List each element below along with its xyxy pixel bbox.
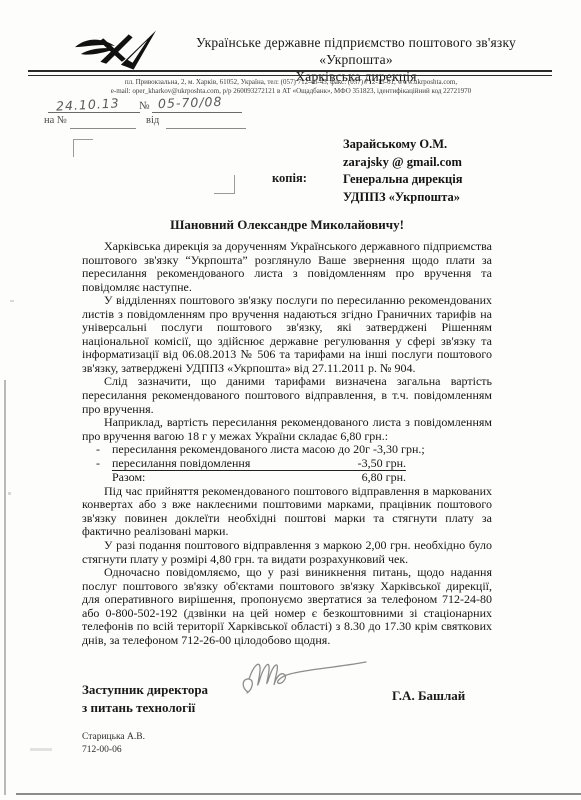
copy-recipient-line1: Генеральна дирекція — [343, 171, 462, 189]
list-dash: - — [96, 457, 112, 472]
tariff-item-1: - пересилання рекомендованого листа масо… — [82, 443, 492, 457]
ref-number-underline — [152, 111, 242, 113]
letterhead-divider — [28, 70, 552, 76]
list-dash: - — [96, 443, 112, 457]
handwritten-signature-icon — [238, 652, 370, 704]
executor-name: Старицька А.В. — [82, 731, 145, 744]
org-name-line1: Українське державне підприємство поштово… — [160, 34, 552, 68]
number-sign: № — [139, 100, 150, 112]
tariff-total: Разом: 6,80 грн. — [112, 471, 406, 485]
scan-speck — [8, 492, 11, 495]
tariff-item-2-label: пересилання повідомлення — [112, 457, 250, 471]
signer-title: Заступник директора з питань технології — [82, 681, 208, 716]
paragraph-5: Під час прийняття рекомендованого поштов… — [82, 485, 492, 539]
recipient-name: Зарайському О.М. — [343, 136, 462, 154]
signer-name: Г.А. Башлай — [392, 688, 465, 704]
date-underline — [48, 111, 140, 113]
letter-body: Харківська дирекція за дорученням Україн… — [82, 240, 492, 647]
paragraph-7: Одночасно повідомляємо, що у разі виникн… — [82, 566, 492, 647]
paragraph-6: У разі подання поштового відправлення з … — [82, 539, 492, 566]
paragraph-2: У відділеннях поштового зв'язку послуги … — [82, 294, 492, 375]
scan-speck — [30, 748, 52, 751]
reply-date-blank — [166, 127, 246, 129]
scan-edge-left — [4, 380, 6, 795]
tariff-item-2: - пересилання повідомлення -3,50 грн. — [82, 457, 492, 472]
corner-mark-bottom-right — [214, 175, 235, 194]
recipient-email: zarajsky @ gmail.com — [343, 154, 462, 172]
reply-from-label: від — [146, 115, 159, 126]
paragraph-3: Слід зазначити, що даними тарифами визна… — [82, 375, 492, 416]
org-address-line1: пл. Привокзальна, 2, м. Харків, 61052, У… — [38, 78, 544, 87]
signer-title-line2: з питань технології — [82, 699, 208, 717]
copy-recipient-line2: УДППЗ «Укрпошта» — [343, 189, 462, 207]
copy-label: копія: — [272, 171, 307, 186]
paragraph-4: Наприклад, вартість пересилання рекоменд… — [82, 416, 492, 443]
ukrposhta-bird-logo-icon — [74, 29, 158, 75]
scan-speck — [10, 300, 14, 302]
handwritten-ref-number: 05-70/08 — [158, 94, 223, 111]
tariff-item-2-value: -3,50 грн. — [358, 457, 406, 471]
salutation: Шановний Олександре Миколайовичу! — [82, 217, 492, 233]
scanned-letter-page: Українське державне підприємство поштово… — [0, 0, 581, 800]
org-address-line2: e-mail: oper_kharkov@ukrposhta.com, р/р … — [38, 87, 544, 96]
recipient-block: Зарайському О.М. zarajsky @ gmail.com Ге… — [343, 136, 462, 206]
paragraph-1: Харківська дирекція за дорученням Україн… — [82, 240, 492, 294]
tariff-total-label: Разом: — [112, 471, 145, 485]
tariff-item-2-underlined: пересилання повідомлення -3,50 грн. — [112, 457, 406, 472]
executor-phone: 712-00-06 — [82, 744, 145, 757]
tariff-item-1-text: пересилання рекомендованого листа масою … — [112, 443, 425, 457]
reply-to-number-label: на № — [44, 115, 67, 126]
executor-block: Старицька А.В. 712-00-06 — [82, 731, 145, 756]
corner-mark-top-left — [73, 139, 93, 157]
scan-edge-bottom — [16, 793, 581, 795]
org-address: пл. Привокзальна, 2, м. Харків, 61052, У… — [38, 78, 544, 95]
tariff-total-value: 6,80 грн. — [362, 471, 406, 485]
reply-number-blank — [70, 127, 136, 129]
signer-title-line1: Заступник директора — [82, 681, 208, 699]
